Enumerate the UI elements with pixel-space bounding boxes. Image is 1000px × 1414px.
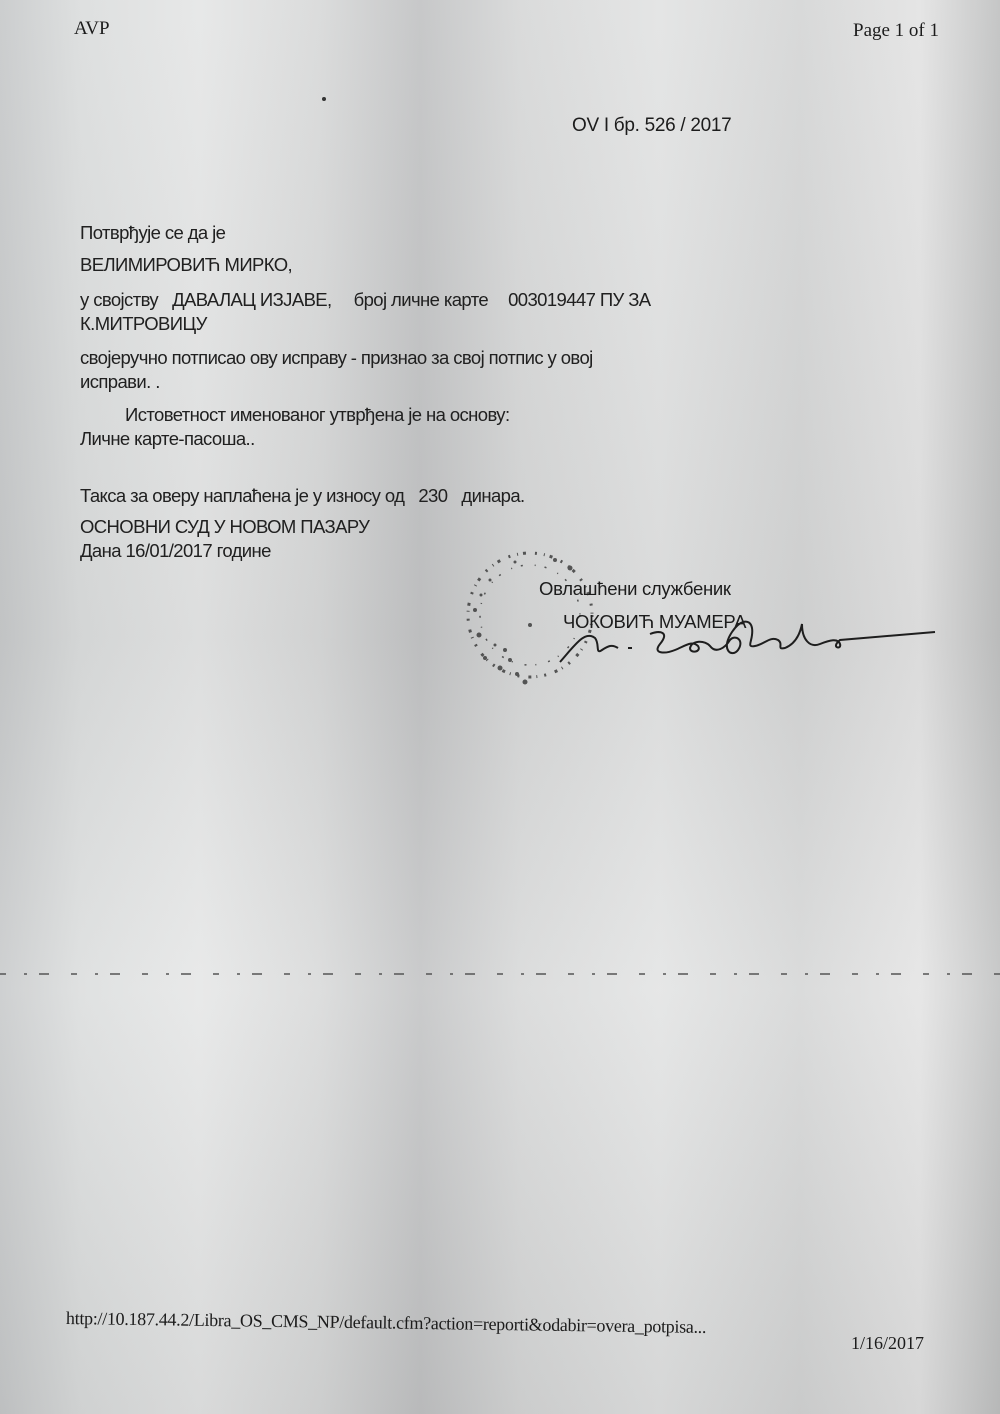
handwritten-signature-icon <box>540 610 940 670</box>
identity-statement: Истоветност именованог утврђена је на ос… <box>125 404 510 426</box>
fee-amount: 230 <box>418 485 447 506</box>
capacity-line: у својствуДАВАЛАЦ ИЗЈАВЕ,број личне карт… <box>80 289 651 311</box>
id-number: 003019447 <box>508 289 595 310</box>
id-issuer-line1: ПУ ЗА <box>600 289 651 310</box>
perforation-line <box>0 972 1000 976</box>
signed-statement-line1: својеручно потписао ову исправу - призна… <box>80 347 593 369</box>
fee-text: Такса за оверу наплаћена је у износу од <box>80 485 404 506</box>
header-app-label: AVP <box>74 18 110 40</box>
paper-shading <box>0 0 1000 1414</box>
case-number: OV I бр. 526 / 2017 <box>572 115 731 137</box>
capacity-label: у својству <box>80 289 158 310</box>
identity-basis: Личне карте-пасоша.. <box>80 428 255 450</box>
court-name: ОСНОВНИ СУД У НОВОМ ПАЗАРУ <box>80 516 369 538</box>
fee-currency: динара. <box>461 485 524 506</box>
signatory-title: Овлашћени службеник <box>539 578 731 600</box>
fee-line: Такса за оверу наплаћена је у износу од2… <box>80 485 525 507</box>
footer-print-date: 1/16/2017 <box>851 1333 924 1354</box>
capacity-value: ДАВАЛАЦ ИЗЈАВЕ, <box>172 289 332 310</box>
footer-url: http://10.187.44.2/Libra_OS_CMS_NP/defau… <box>66 1308 706 1338</box>
id-issuer-line2: К.МИТРОВИЦУ <box>80 313 207 335</box>
confirm-intro: Потврђује се да је <box>80 222 225 244</box>
ink-speck <box>322 97 326 101</box>
signed-statement-line2: исправи. . <box>80 371 160 393</box>
page-indicator: Page 1 of 1 <box>853 20 939 42</box>
person-name: ВЕЛИМИРОВИЋ МИРКО, <box>80 254 292 276</box>
date-line: Дана 16/01/2017 године <box>80 540 271 562</box>
id-label: број личне карте <box>354 289 488 310</box>
